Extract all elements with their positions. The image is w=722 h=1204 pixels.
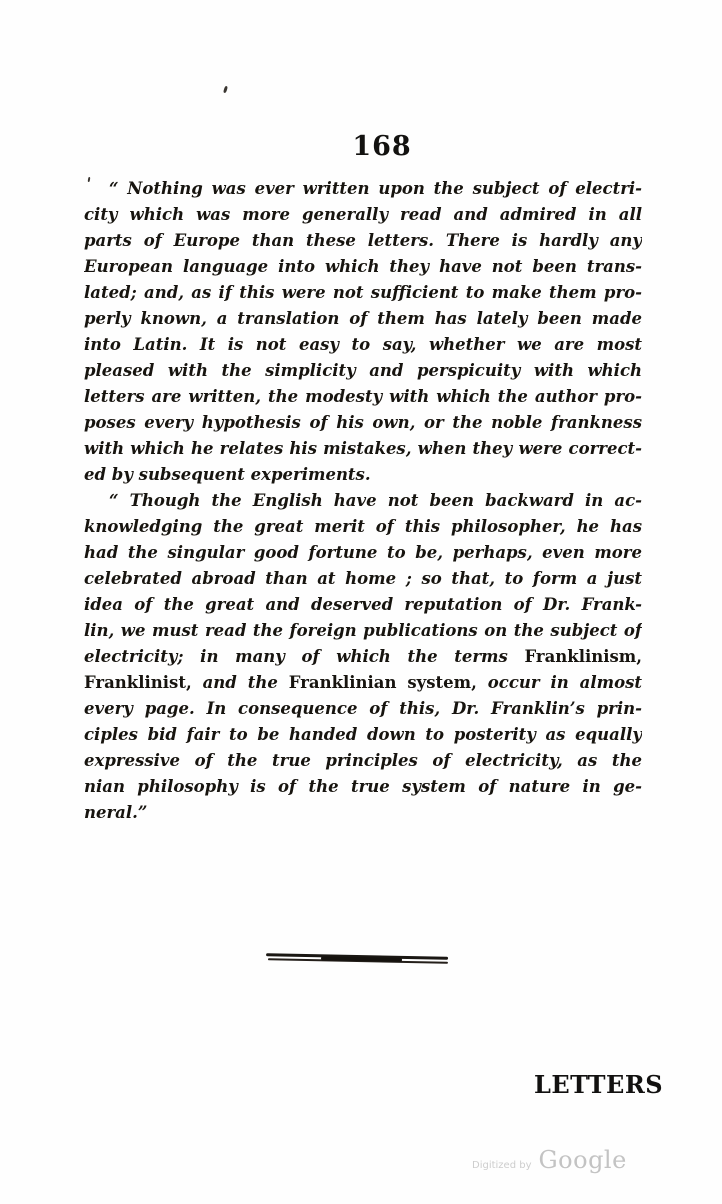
text-line: poses every hypothesis of his own, or th… — [84, 410, 642, 436]
text-line: parts of Europe than these letters. Ther… — [84, 228, 642, 254]
text-line: expressive of the true principles of ele… — [84, 748, 642, 774]
google-watermark: Digitized by Google — [472, 1146, 627, 1174]
page-number: 168 — [352, 131, 412, 162]
ink-speck — [223, 86, 228, 94]
section-divider-rule — [266, 953, 448, 966]
text-line: ed by subsequent experiments. — [84, 462, 642, 488]
text-line: nian philosophy is of the true system of… — [84, 774, 642, 800]
text-line: city which was more generally read and a… — [84, 202, 642, 228]
text-line: pleased with the simplicity and perspicu… — [84, 358, 642, 384]
text-line: letters are written, the modesty with wh… — [84, 384, 642, 410]
digitized-by-label: Digitized by — [472, 1160, 532, 1171]
text-line: electricity; in many of which the terms … — [84, 644, 642, 670]
text-segment-roman: Franklinism, — [524, 647, 642, 666]
text-line: had the singular good fortune to be, per… — [84, 540, 642, 566]
text-segment: and the — [192, 673, 289, 692]
text-line: knowledging the great merit of this phil… — [84, 514, 642, 540]
text-line: neral.” — [84, 800, 642, 826]
text-segment-roman: Franklinist, — [84, 673, 192, 692]
text-line: celebrated abroad than at home ; so that… — [84, 566, 642, 592]
text-segment: occur in almost — [477, 673, 642, 692]
text-line: every page. In consequence of this, Dr. … — [84, 696, 642, 722]
text-line: ciples bid fair to be handed down to pos… — [84, 722, 642, 748]
text-line: European language into which they have n… — [84, 254, 642, 280]
text-line: lin, we must read the foreign publicatio… — [84, 618, 642, 644]
text-line: with which he relates his mistakes, when… — [84, 436, 642, 462]
body-text: “ Nothing was ever written upon the subj… — [84, 176, 642, 826]
google-logo-text: Google — [539, 1146, 627, 1174]
catchword: LETTERS — [534, 1070, 663, 1099]
text-line: perly known, a translation of them has l… — [84, 306, 642, 332]
text-line: idea of the great and deserved reputatio… — [84, 592, 642, 618]
text-line: “ Nothing was ever written upon the subj… — [84, 176, 642, 202]
text-segment: electricity; in many of which the terms — [84, 647, 524, 666]
text-line: lated; and, as if this were not sufficie… — [84, 280, 642, 306]
text-line: Franklinist, and the Franklinian system,… — [84, 670, 642, 696]
book-page-scan: 168 “ Nothing was ever written upon the … — [0, 0, 722, 1204]
text-segment-roman: Franklinian system, — [289, 673, 477, 692]
paragraph-1: “ Nothing was ever written upon the subj… — [84, 176, 642, 488]
text-line: into Latin. It is not easy to say, wheth… — [84, 332, 642, 358]
paragraph-2: “ Though the English have not been backw… — [84, 488, 642, 826]
text-line: “ Though the English have not been backw… — [84, 488, 642, 514]
